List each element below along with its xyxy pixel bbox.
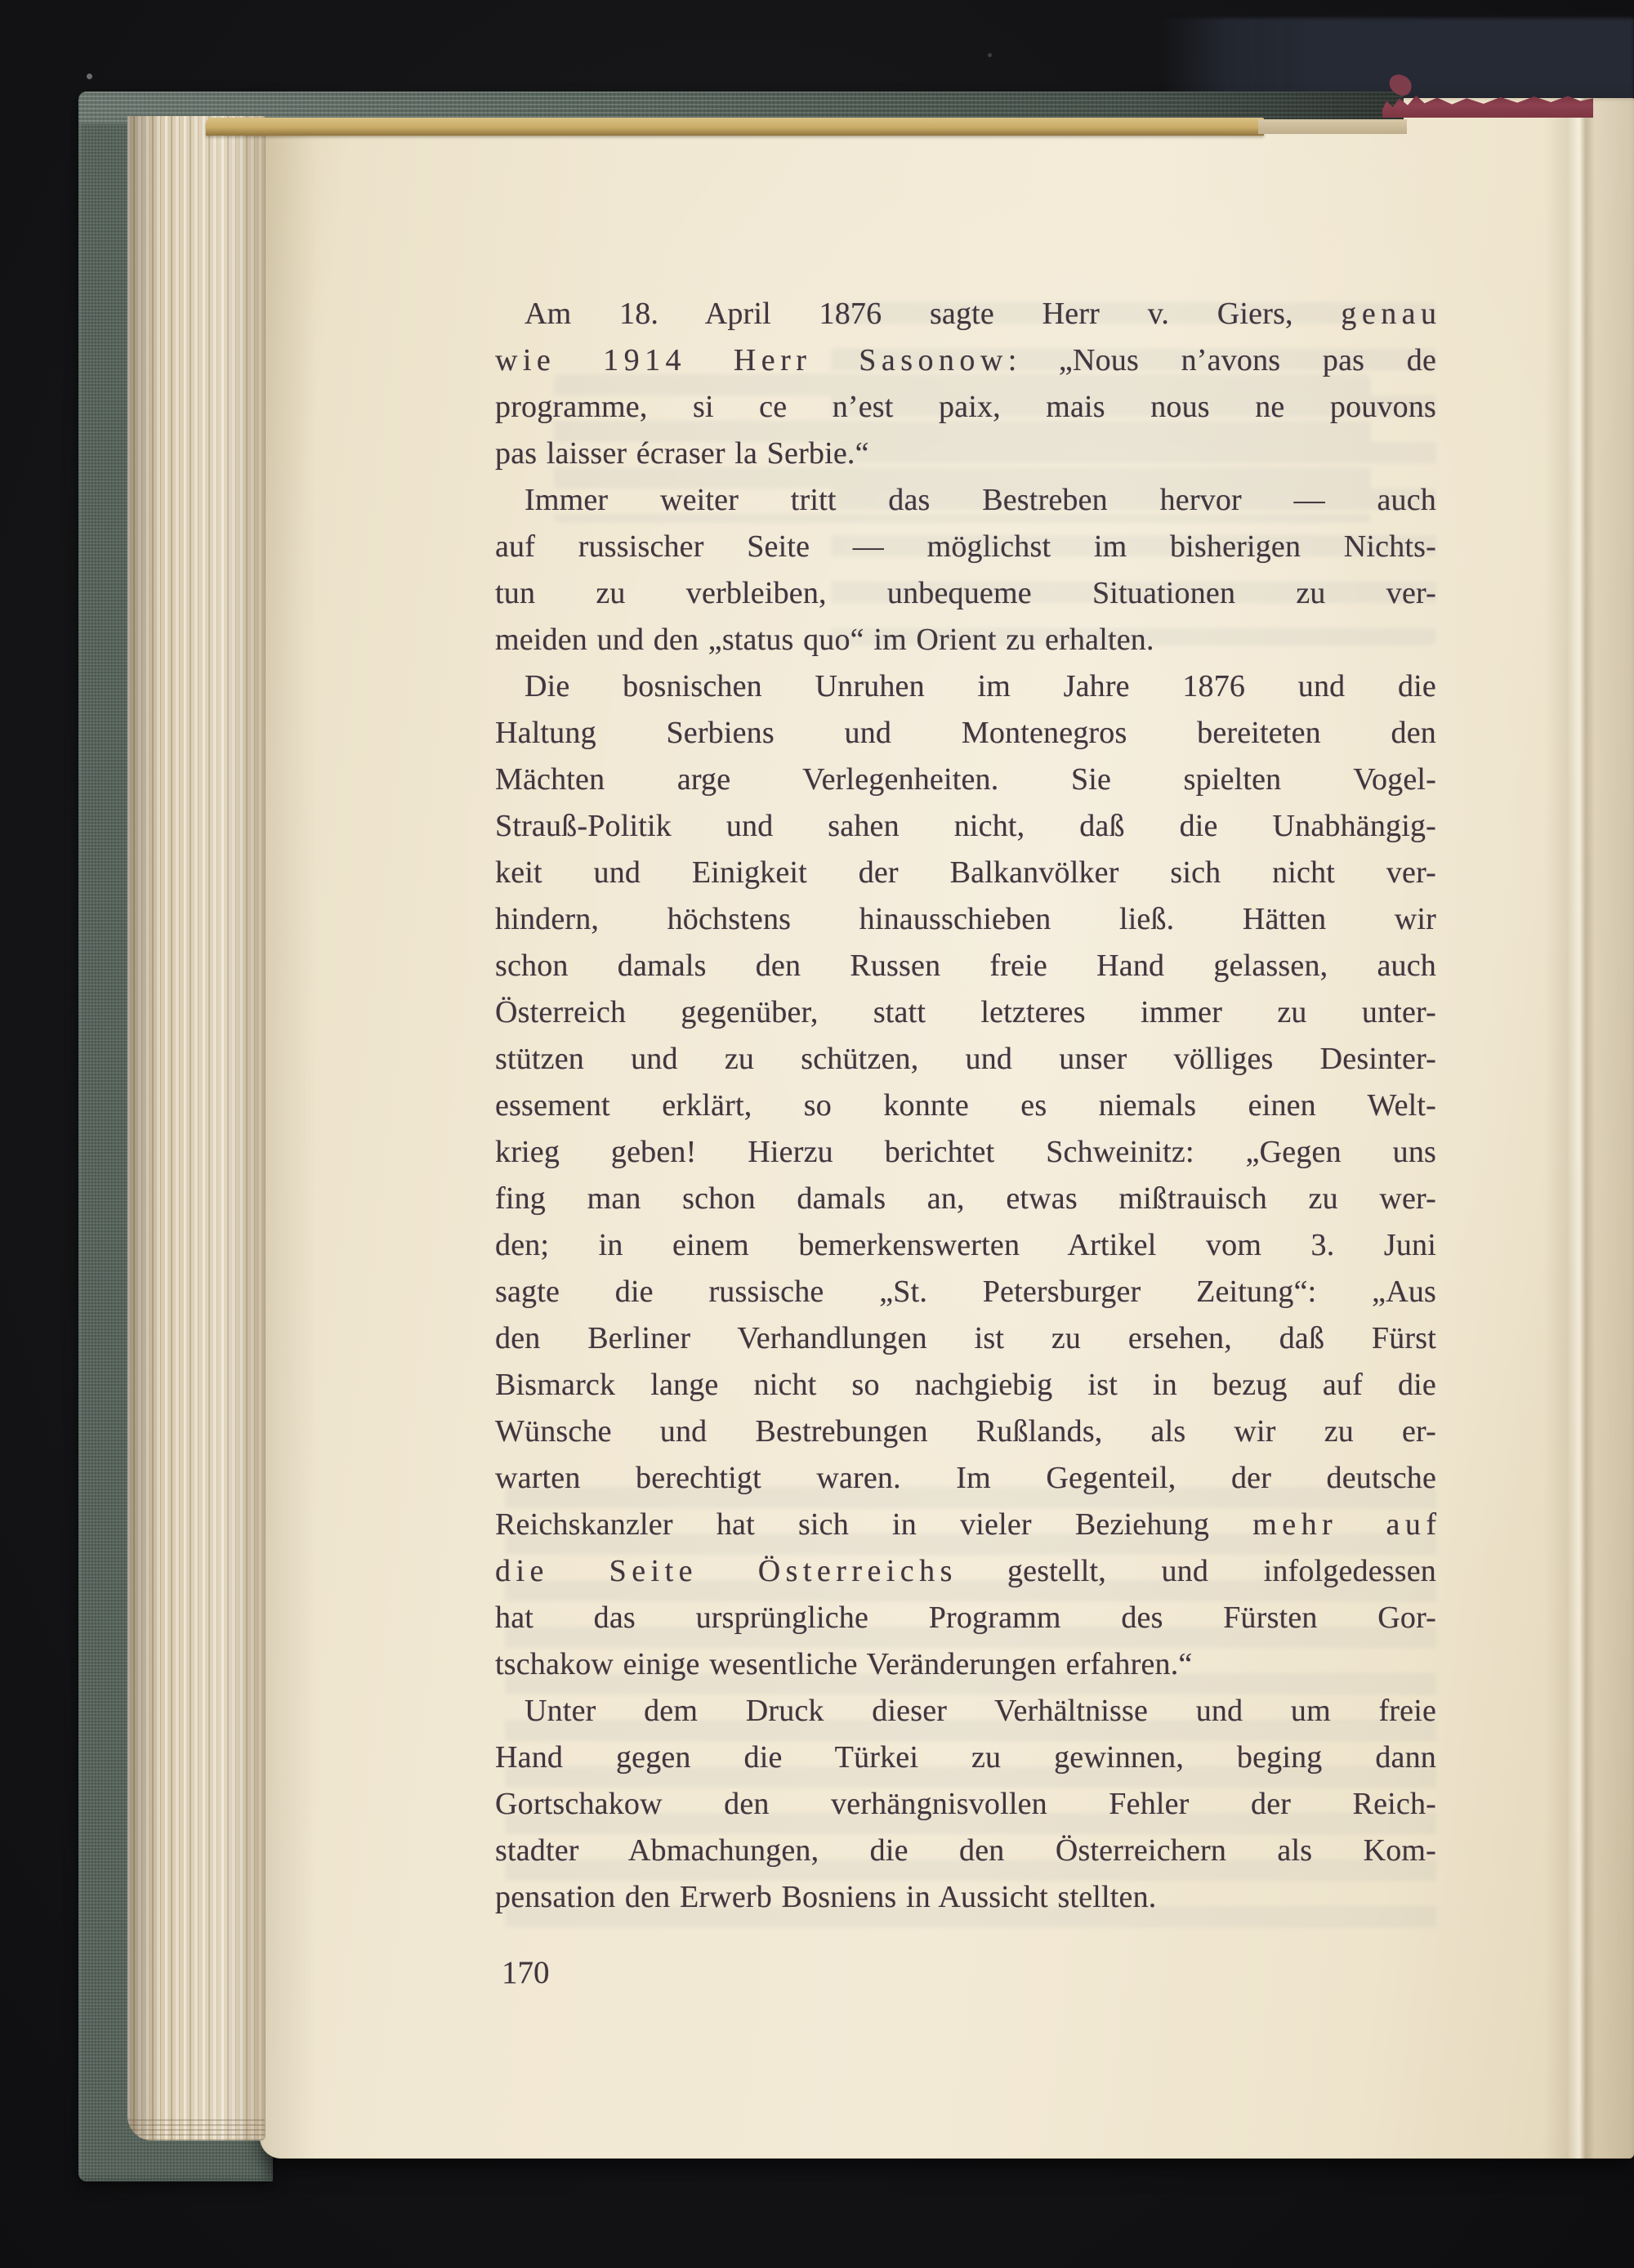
text-segment-spaced: wie 1914 Herr Sasonow:	[495, 343, 1022, 377]
text-line: auf russischer Seite — möglichst im bish…	[495, 524, 1436, 570]
text-segment: tschakow einige wesentliche Veränderunge…	[495, 1647, 1192, 1681]
text-segment: Bismarck lange nicht so nachgiebig ist i…	[495, 1368, 1436, 1402]
text-segment: hat das ursprüngliche Programm des Fürst…	[495, 1601, 1436, 1635]
text-segment-spaced: die Seite Österreichs	[495, 1554, 958, 1588]
text-line: Am 18. April 1876 sagte Herr v. Giers, g…	[495, 291, 1436, 337]
text-line: Hand gegen die Türkei zu gewinnen, begin…	[495, 1734, 1436, 1781]
text-line: Die bosnischen Unruhen im Jahre 1876 und…	[495, 663, 1436, 710]
text-line: Mächten arge Verlegenheiten. Sie spielte…	[495, 757, 1436, 803]
text-segment: essement erklärt, so konnte es niemals e…	[495, 1088, 1436, 1123]
text-segment: Hand gegen die Türkei zu gewinnen, begin…	[495, 1740, 1436, 1775]
text-line: stützen und zu schützen, und unser völli…	[495, 1036, 1436, 1083]
page-text: Am 18. April 1876 sagte Herr v. Giers, g…	[495, 291, 1436, 1921]
dust-specks	[0, 0, 2, 2]
text-line: den Berliner Verhandlungen ist zu ersehe…	[495, 1315, 1436, 1362]
page-fore-edges	[127, 116, 265, 2141]
text-line: Österreich gegenüber, statt letzteres im…	[495, 989, 1436, 1036]
text-segment: krieg geben! Hierzu berichtet Schweinitz…	[495, 1135, 1436, 1169]
text-line: fing man schon damals an, etwas mißtraui…	[495, 1176, 1436, 1222]
text-segment: „Nous n’avons pas de	[1016, 343, 1436, 377]
text-segment: warten berechtigt waren. Im Gegenteil, d…	[495, 1461, 1436, 1495]
text-line: Immer weiter tritt das Bestreben hervor …	[495, 477, 1436, 524]
text-line: wie 1914 Herr Sasonow: „Nous n’avons pas…	[495, 337, 1436, 384]
text-line: Wünsche und Bestrebungen Rußlands, als w…	[495, 1409, 1436, 1455]
text-line: die Seite Österreichs gestellt, und info…	[495, 1548, 1436, 1595]
text-line: schon damals den Russen freie Hand gelas…	[495, 943, 1436, 989]
text-segment-spaced: genau	[1341, 297, 1441, 331]
text-segment-spaced: mehr auf	[1252, 1507, 1441, 1542]
text-segment: pas laisser écraser la Serbie.“	[495, 436, 869, 471]
text-line: Reichskanzler hat sich in vieler Beziehu…	[495, 1502, 1436, 1548]
text-line: essement erklärt, so konnte es niemals e…	[495, 1083, 1436, 1129]
text-segment: Gortschakow den verhängnisvollen Fehler …	[495, 1787, 1436, 1821]
text-segment: Die bosnischen Unruhen im Jahre 1876 und…	[525, 669, 1436, 703]
text-segment: meiden und den „status quo“ im Orient zu…	[495, 623, 1154, 657]
text-segment: stützen und zu schützen, und unser völli…	[495, 1042, 1436, 1076]
book-page: Am 18. April 1876 sagte Herr v. Giers, g…	[260, 98, 1634, 2159]
text-segment: programme, si ce n’est paix, mais nous n…	[495, 390, 1436, 424]
text-line: Haltung Serbiens und Montenegros bereite…	[495, 710, 1436, 757]
text-segment: Immer weiter tritt das Bestreben hervor …	[525, 483, 1436, 517]
text-segment: pensation den Erwerb Bosniens in Aussich…	[495, 1880, 1156, 1914]
text-line: Bismarck lange nicht so nachgiebig ist i…	[495, 1362, 1436, 1409]
gilt-top-edge	[206, 118, 1264, 136]
page-gutter-shade	[260, 98, 317, 2159]
text-line: tun zu verbleiben, unbequeme Situationen…	[495, 570, 1436, 617]
text-segment: gestellt, und infolgedessen	[952, 1554, 1436, 1588]
text-segment: Haltung Serbiens und Montenegros bereite…	[495, 716, 1436, 750]
text-segment: Österreich gegenüber, statt letzteres im…	[495, 995, 1436, 1029]
text-segment: Strauß-Politik und sahen nicht, daß die …	[495, 809, 1436, 843]
text-line: meiden und den „status quo“ im Orient zu…	[495, 617, 1436, 663]
page-crease	[1544, 98, 1634, 2159]
text-segment: auf russischer Seite — möglichst im bish…	[495, 529, 1436, 564]
page-number: 170	[502, 1954, 550, 1991]
text-segment: fing man schon damals an, etwas mißtraui…	[495, 1181, 1436, 1216]
text-segment: hindern, höchstens hinausschieben ließ. …	[495, 902, 1436, 936]
text-line: Strauß-Politik und sahen nicht, daß die …	[495, 803, 1436, 850]
text-segment: Am 18. April 1876 sagte Herr v. Giers,	[525, 297, 1341, 331]
text-line: warten berechtigt waren. Im Gegenteil, d…	[495, 1455, 1436, 1502]
text-line: programme, si ce n’est paix, mais nous n…	[495, 384, 1436, 431]
text-segment: sagte die russische „St. Petersburger Ze…	[495, 1275, 1436, 1309]
text-line: den; in einem bemerkenswerten Artikel vo…	[495, 1222, 1436, 1269]
text-line: Gortschakow den verhängnisvollen Fehler …	[495, 1781, 1436, 1828]
text-segment: stadter Abmachungen, die den Österreiche…	[495, 1833, 1436, 1868]
text-line: keit und Einigkeit der Balkanvölker sich…	[495, 850, 1436, 896]
text-segment: den Berliner Verhandlungen ist zu ersehe…	[495, 1321, 1436, 1355]
text-line: krieg geben! Hierzu berichtet Schweinitz…	[495, 1129, 1436, 1176]
text-line: stadter Abmachungen, die den Österreiche…	[495, 1828, 1436, 1874]
text-segment: Unter dem Druck dieser Verhältnisse und …	[525, 1694, 1436, 1728]
text-segment: Reichskanzler hat sich in vieler Beziehu…	[495, 1507, 1252, 1542]
text-line: pas laisser écraser la Serbie.“	[495, 431, 1436, 477]
book-scan-photo: Am 18. April 1876 sagte Herr v. Giers, g…	[0, 0, 1634, 2268]
text-line: sagte die russische „St. Petersburger Ze…	[495, 1269, 1436, 1315]
text-segment: keit und Einigkeit der Balkanvölker sich…	[495, 855, 1436, 890]
text-line: pensation den Erwerb Bosniens in Aussich…	[495, 1874, 1436, 1921]
text-segment: Wünsche und Bestrebungen Rußlands, als w…	[495, 1414, 1436, 1449]
text-line: Unter dem Druck dieser Verhältnisse und …	[495, 1688, 1436, 1734]
text-line: hat das ursprüngliche Programm des Fürst…	[495, 1595, 1436, 1641]
text-segment: tun zu verbleiben, unbequeme Situationen…	[495, 576, 1436, 610]
text-segment: den; in einem bemerkenswerten Artikel vo…	[495, 1228, 1436, 1262]
text-segment: schon damals den Russen freie Hand gelas…	[495, 949, 1436, 983]
text-segment: Mächten arge Verlegenheiten. Sie spielte…	[495, 762, 1436, 797]
page-top-edge	[1258, 119, 1407, 134]
text-line: tschakow einige wesentliche Veränderunge…	[495, 1641, 1436, 1688]
text-line: hindern, höchstens hinausschieben ließ. …	[495, 896, 1436, 943]
